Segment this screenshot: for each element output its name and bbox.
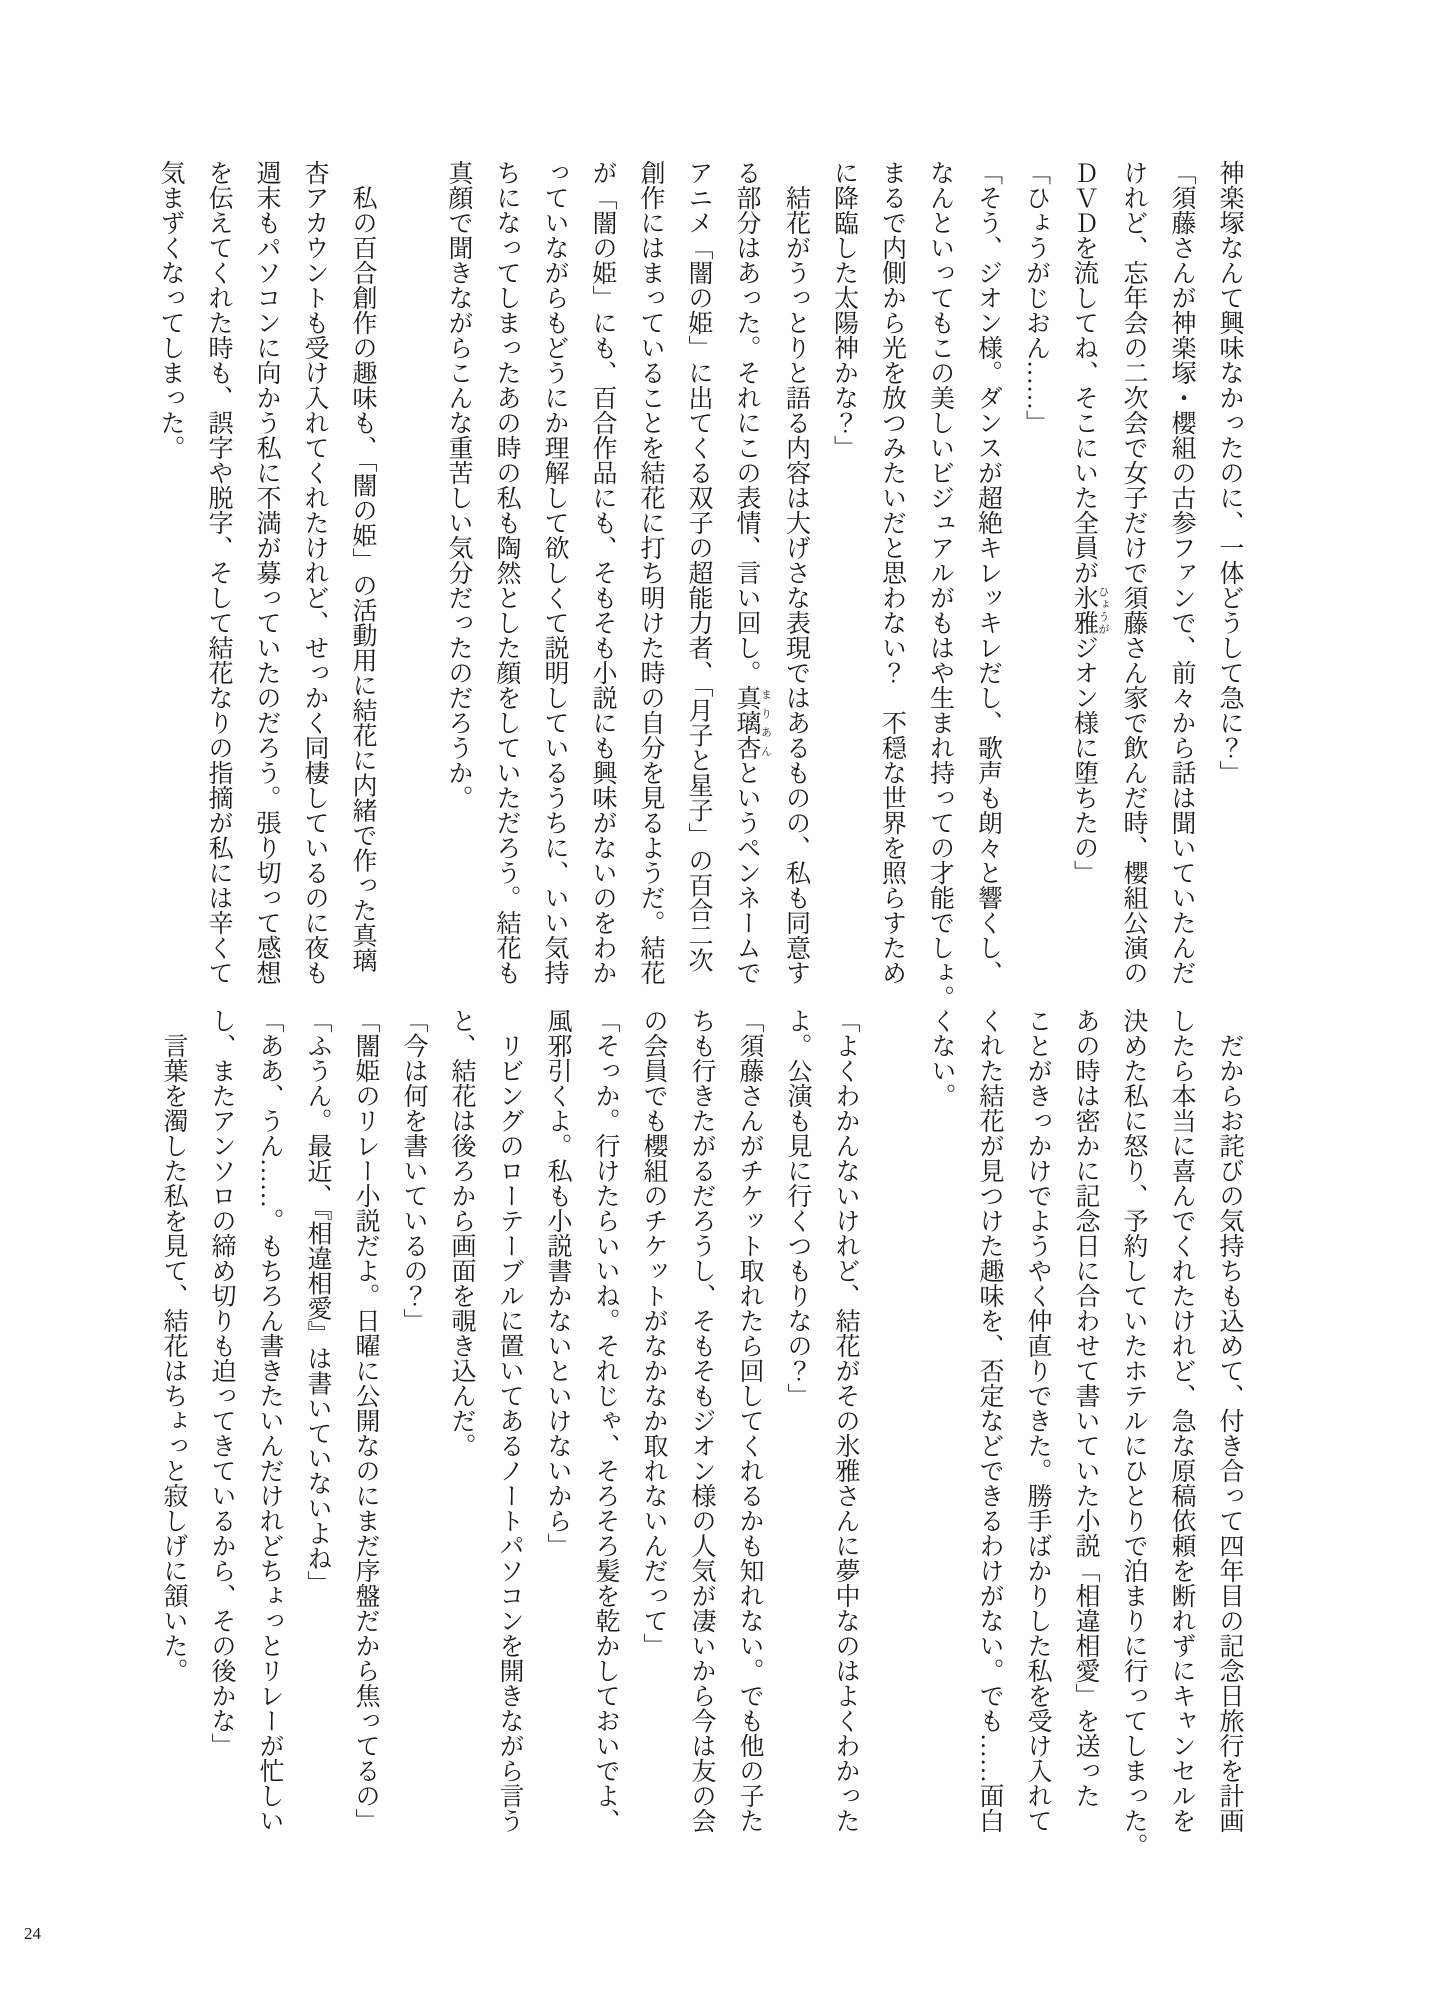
text-line: ことがきっかけでようやく仲直りできた。勝手ばかりした私を受け入れて	[1013, 1008, 1061, 1858]
furigana-ruby: 真璃杏まりあん	[733, 685, 760, 760]
text-line: けれど、忘年会の二次会で女子だけで須藤さん家で飲んだ時、櫻組公演の	[1109, 160, 1157, 1010]
text-line: 「そっか。行けたらいいね。それじゃ、そろそろ髪を乾かしておいでよ、	[581, 1008, 629, 1858]
furigana-ruby: 氷雅ひょうが	[1071, 585, 1098, 635]
text-line: 真顔で聞きながらこんな重苦しい気分だったのだろうか。	[434, 160, 482, 1010]
text-line: 創作にはまっていることを結花に打ち明けた時の自分を見るようだ。結花	[626, 160, 674, 1010]
text-line: 「闇姫のリレー小説だよ。日曜に公開なのにまだ序盤だから焦ってるの」	[341, 1008, 389, 1858]
text-line: よ。公演も見に行くつもりなの？」	[773, 1008, 821, 1858]
novel-page: 神楽塚なんて興味なかったのに、一体どうして急に？」「須藤さんが神楽塚・櫻組の古参…	[0, 0, 1430, 2000]
text-line: 週末もパソコンに向かう私に不満が募っていたのだろう。張り切って感想	[242, 160, 290, 1010]
text-line: 「今は何を書いているの？」	[389, 1008, 437, 1858]
text-line: を伝えてくれた時も、誤字や脱字、そして結花なりの指摘が私には辛くて	[194, 160, 242, 1010]
text-line: したら本当に喜んでくれたけれど、急な原稿依頼を断れずにキャンセルを	[1157, 1008, 1205, 1858]
text-line: ちも行きたがるだろうし、そもそもジオン様の人気が凄いから今は友の会	[677, 1008, 725, 1858]
text-line: ちになってしまったあの時の私も陶然とした顔をしていただろう。結花も	[482, 160, 530, 1010]
text-line: あの時は密かに記念日に合わせて書いていた小説「相違相愛」を送った	[1061, 1008, 1109, 1858]
text-block-bottom: だからお詫びの気持ちも込めて、付き合って四年目の記念日旅行を計画したら本当に喜ん…	[149, 1008, 1253, 1858]
text-line: 「ふうん。最近、『相違相愛』は書いていないよね」	[293, 1008, 341, 1858]
text-line: し、またアンソロの締め切りも迫ってきているから、その後かな」	[197, 1008, 245, 1858]
text-line: なんといってもこの美しいビジュアルがもはや生まれ持っての才能でしょ。	[916, 160, 964, 1010]
text-line: が「闇の姫」にも、百合作品にも、そもそも小説にも興味がないのをわか	[578, 160, 626, 1010]
page-number: 24	[24, 1924, 41, 1944]
text-line: 「そう、ジオン様。ダンスが超絶キレッキレだし、歌声も朗々と響くし、	[964, 160, 1012, 1010]
text-line: 「須藤さんがチケット取れたら回してくれるかも知れない。でも他の子た	[725, 1008, 773, 1858]
text-line: に降臨した太陽神かな？」	[820, 160, 868, 1010]
text-block-top: 神楽塚なんて興味なかったのに、一体どうして急に？」「須藤さんが神楽塚・櫻組の古参…	[146, 160, 1253, 1010]
text-line: だからお詫びの気持ちも込めて、付き合って四年目の記念日旅行を計画	[1205, 1008, 1253, 1858]
text-line: ＤＶＤを流してね、そこにいた全員が氷雅ひょうがジオン様に堕ちたの」	[1060, 160, 1110, 1010]
text-line: 「須藤さんが神楽塚・櫻組の古参ファンで、前々から話は聞いていたんだ	[1157, 160, 1205, 1010]
text-line: の会員でも櫻組のチケットがなかなか取れないんだって」	[629, 1008, 677, 1858]
text-line: 風邪引くよ。私も小説書かないといけないから」	[533, 1008, 581, 1858]
text-line: 杏アカウントも受け入れてくれたけれど、せっかく同棲しているのに夜も	[290, 160, 338, 1010]
text-line: まるで内側から光を放つみたいだと思わない？ 不穏な世界を照らすため	[868, 160, 916, 1010]
text-line: くない。	[917, 1008, 965, 1858]
text-line: くれた結花が見つけた趣味を、否定などできるわけがない。でも……面白	[965, 1008, 1013, 1858]
text-line: 結花がうっとりと語る内容は大げさな表現ではあるものの、私も同意す	[772, 160, 820, 1010]
text-line: 「ああ、うん……。もちろん書きたいんだけれどちょっとリレーが忙しい	[245, 1008, 293, 1858]
text-line: アニメ「闇の姫」に出てくる双子の超能力者、「月子と星子」の百合二次	[674, 160, 722, 1010]
text-line: 言葉を濁した私を見て、結花はちょっと寂しげに頷いた。	[149, 1008, 197, 1858]
text-line: 決めた私に怒り、予約していたホテルにひとりで泊まりに行ってしまった。	[1109, 1008, 1157, 1858]
text-line: 気まずくなってしまった。	[146, 160, 194, 1010]
text-line: リビングのローテーブルに置いてあるノートパソコンを開きながら言う	[485, 1008, 533, 1858]
text-line: っていながらもどうにか理解して欲しくて説明しているうちに、いい気持	[530, 160, 578, 1010]
text-line: 神楽塚なんて興味なかったのに、一体どうして急に？」	[1205, 160, 1253, 1010]
blank-line: ​	[386, 160, 434, 1010]
text-line: 私の百合創作の趣味も、「闇の姫」の活動用に結花に内緒で作った真璃	[338, 160, 386, 1010]
text-line: 「ひょうがじおん……」	[1012, 160, 1060, 1010]
text-line: と、結花は後ろから画面を覗き込んだ。	[437, 1008, 485, 1858]
text-line: る部分はあった。それにこの表情、言い回し。真璃杏まりあんというペンネームで	[722, 160, 772, 1010]
blank-line: ​	[869, 1008, 917, 1858]
text-line: 「よくわかんないけれど、結花がその氷雅さんに夢中なのはよくわかった	[821, 1008, 869, 1858]
